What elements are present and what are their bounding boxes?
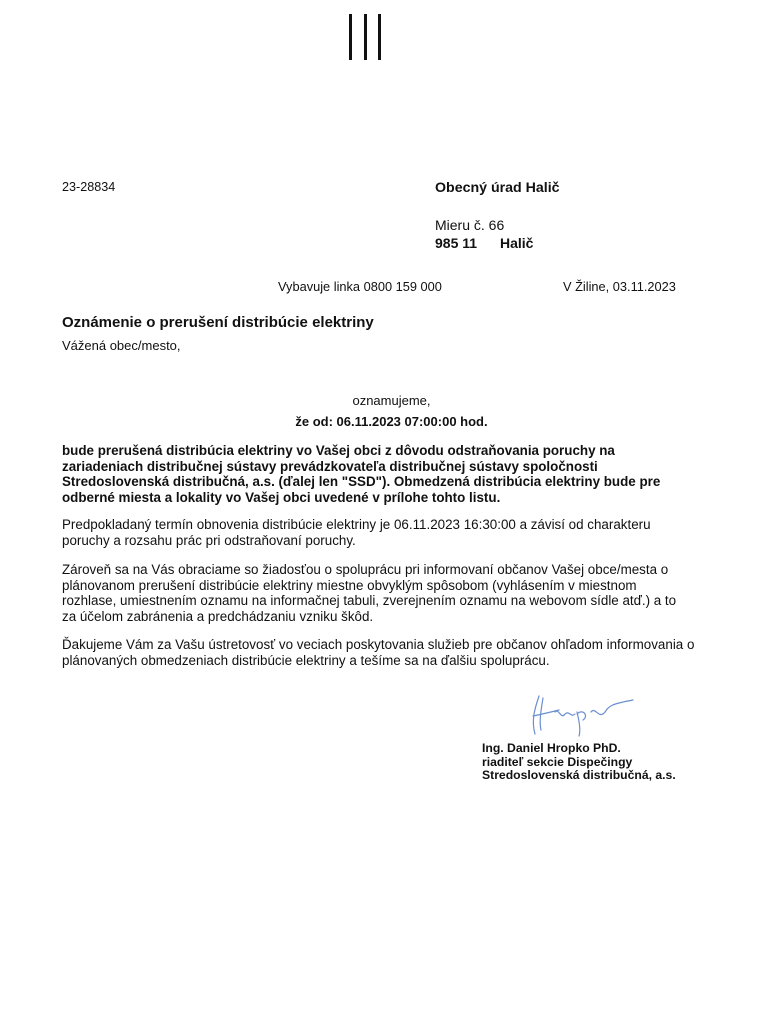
outage-details: bude prerušená distribúcia elektriny vo …	[62, 443, 682, 505]
signature-icon	[525, 690, 635, 740]
recipient-name: Obecný úrad Halič	[435, 180, 560, 196]
handled-by: Vybavuje linka 0800 159 000	[278, 279, 442, 294]
restore-estimate: Predpokladaný termín obnovenia distribúc…	[62, 517, 672, 548]
letter-title: Oznámenie o prerušení distribúcie elektr…	[62, 314, 374, 331]
company-logo-icon	[349, 14, 383, 60]
place-date: V Žiline, 03.11.2023	[563, 279, 676, 294]
salutation: Vážená obec/mesto,	[62, 338, 181, 353]
signatory-company: Stredoslovenská distribučná, a.s.	[482, 769, 676, 783]
recipient-street: Mieru č. 66	[435, 217, 504, 233]
announce-text: oznamujeme,	[0, 393, 783, 408]
outage-start: že od: 06.11.2023 07:00:00 hod.	[0, 414, 783, 429]
signatory-name: Ing. Daniel Hropko PhD.	[482, 742, 676, 756]
cooperation-request: Zároveň sa na Vás obraciame so žiadosťou…	[62, 562, 692, 624]
signatory-position: riaditeľ sekcie Dispečingy	[482, 756, 676, 770]
reference-number: 23-28834	[62, 180, 115, 194]
signatory-block: Ing. Daniel Hropko PhD. riaditeľ sekcie …	[482, 742, 676, 783]
recipient-city: Halič	[500, 235, 533, 251]
thanks-paragraph: Ďakujeme Vám za Vašu ústretovosť vo veci…	[62, 637, 702, 668]
recipient-postal-code: 985 11	[435, 235, 477, 251]
